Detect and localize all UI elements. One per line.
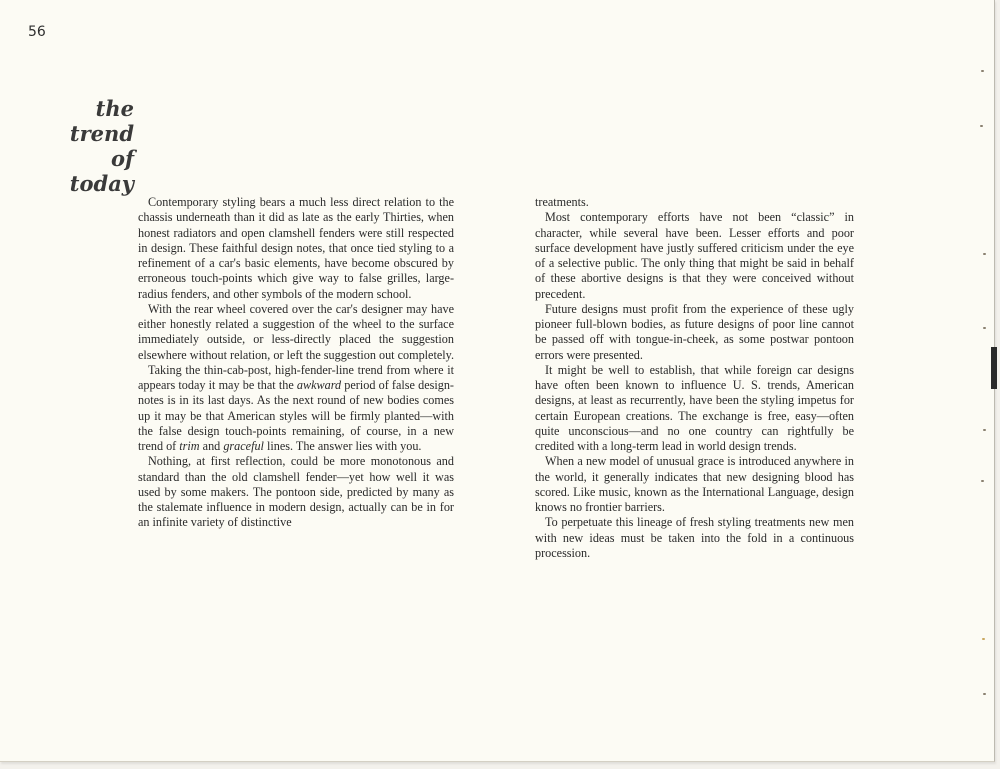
page-edge-tab [991,347,997,389]
title-line: the [60,96,134,121]
paragraph: When a new model of unusual grace is int… [535,454,854,515]
page-number: 56 [28,24,46,40]
paragraph: Most contemporary efforts have not been … [535,210,854,302]
paper-speck [980,125,983,127]
emphasis: trim [179,439,199,453]
emphasis: graceful [223,439,264,453]
paragraph-continuation: treatments. [535,195,854,210]
paper-speck [981,480,984,482]
title-line: of [60,146,134,171]
paper-speck [983,327,986,329]
right-text-column: treatments. Most contemporary efforts ha… [535,195,854,561]
title-line: today [60,171,134,196]
left-text-column: Contemporary styling bears a much less d… [138,195,454,531]
emphasis: awkward [297,378,341,392]
paragraph: With the rear wheel covered over the car… [138,302,454,363]
paper-speck [982,638,985,640]
paragraph: Nothing, at first reflection, could be m… [138,454,454,530]
paragraph: Future designs must profit from the expe… [535,302,854,363]
paragraph: To perpetuate this lineage of fresh styl… [535,515,854,561]
paper-speck [983,253,986,255]
book-page: 56 the trend of today Contemporary styli… [0,0,995,762]
title-line: trend [60,121,134,146]
paragraph: Taking the thin-cab-post, high-fender-li… [138,363,454,455]
paper-speck [983,693,986,695]
paragraph: Contemporary styling bears a much less d… [138,195,454,302]
paragraph: It might be well to establish, that whil… [535,363,854,455]
paper-speck [981,70,984,72]
paper-speck [983,429,986,431]
chapter-title: the trend of today [60,96,134,196]
